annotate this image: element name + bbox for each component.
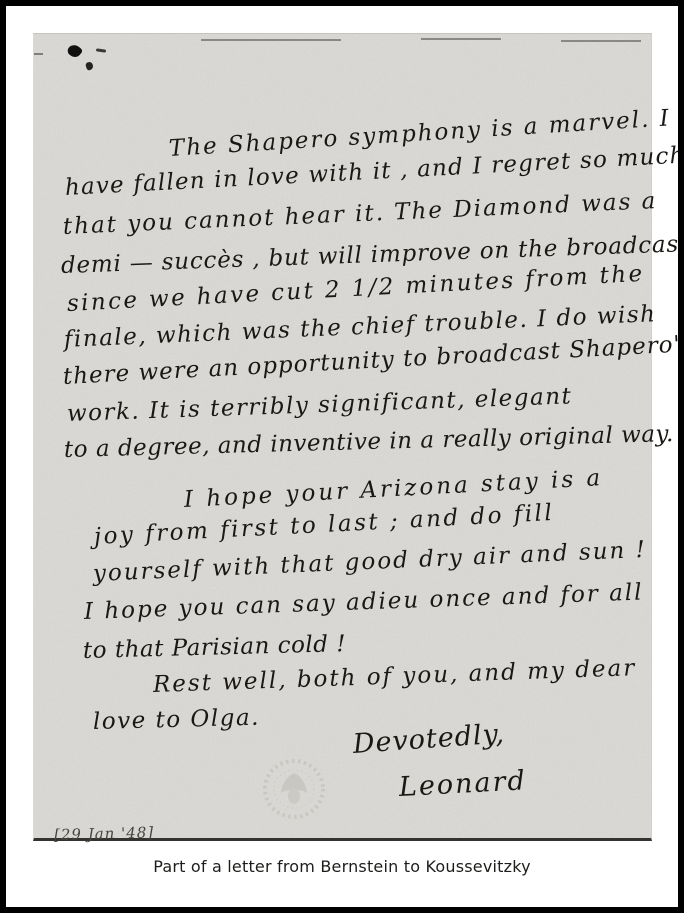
letter-page: The Shapero symphony is a marvel. I have… — [33, 33, 652, 841]
ink-blot — [66, 42, 84, 60]
closing-devotedly: Devotedly, — [352, 717, 506, 762]
handwritten-line-8: work. It is terribly significant, elegan… — [66, 381, 572, 429]
ink-blot — [34, 53, 43, 55]
embossed-seal-icon — [259, 756, 329, 822]
page-edge-mark — [561, 40, 641, 42]
page-edge-mark — [421, 38, 501, 40]
ink-blot — [85, 61, 94, 71]
handwritten-line-16: love to Olga. — [93, 703, 261, 737]
signature-leonard: Leonard — [398, 764, 527, 805]
ink-blot — [96, 48, 106, 52]
scanned-letter-figure: The Shapero symphony is a marvel. I have… — [0, 0, 684, 913]
figure-caption: Part of a letter from Bernstein to Kouss… — [0, 857, 684, 876]
date-annotation: [29 Jan '48] — [54, 822, 155, 845]
handwritten-line-14: to that Parisian cold ! — [83, 629, 347, 666]
page-edge-mark — [201, 39, 341, 41]
